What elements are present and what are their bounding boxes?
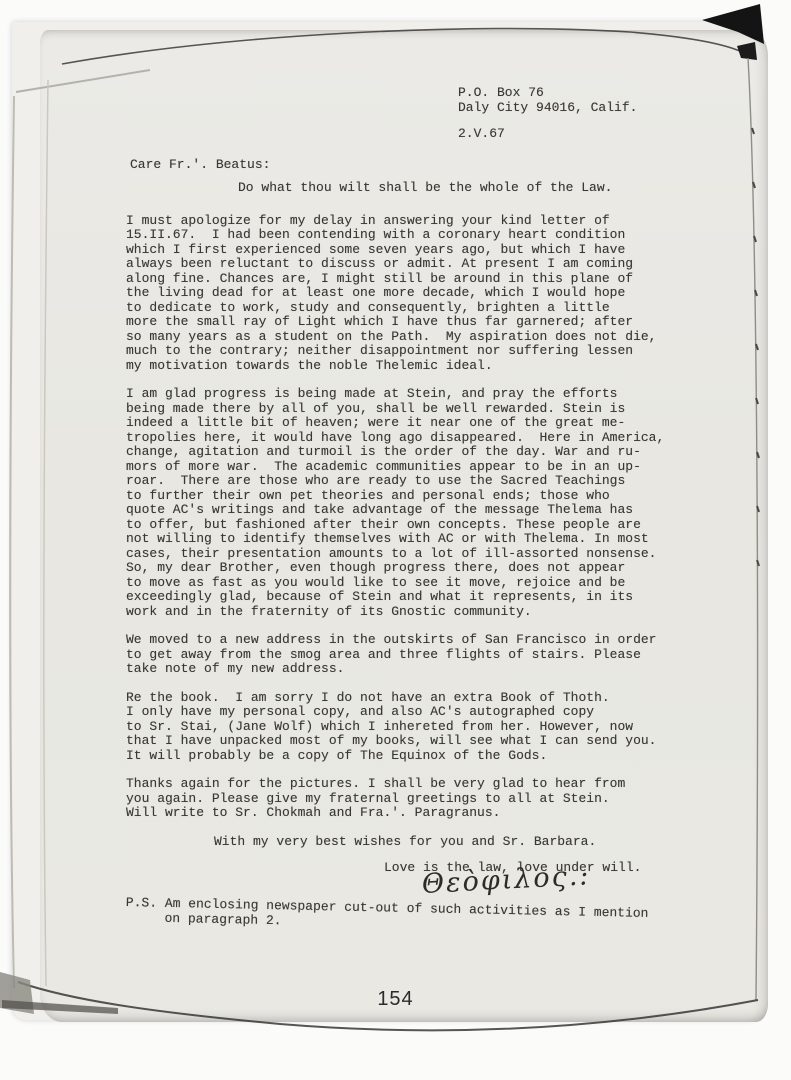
paragraph-1: I must apologize for my delay in answeri… [126,214,710,374]
salutation: Care Fr.'. Beatus: [130,158,710,173]
paragraph-4: Re the book. I am sorry I do not have an… [126,691,710,764]
page-number: 154 [0,988,791,1011]
paragraph-2: I am glad progress is being made at Stei… [126,387,710,619]
paragraph-5: Thanks again for the pictures. I shall b… [126,777,710,821]
sender-address: P.O. Box 76 Daly City 94016, Calif. [458,86,710,115]
closing-wishes: With my very best wishes for you and Sr.… [214,835,710,850]
letter-content: P.O. Box 76 Daly City 94016, Calif. 2.V.… [126,86,710,925]
scanned-book-page: P.O. Box 76 Daly City 94016, Calif. 2.V.… [0,0,791,1080]
paragraph-3: We moved to a new address in the outskir… [126,633,710,677]
letter-date: 2.V.67 [458,127,710,142]
thelemic-greeting: Do what thou wilt shall be the whole of … [238,181,710,196]
handwritten-signature: Θεὸφιλος.: [422,862,710,892]
